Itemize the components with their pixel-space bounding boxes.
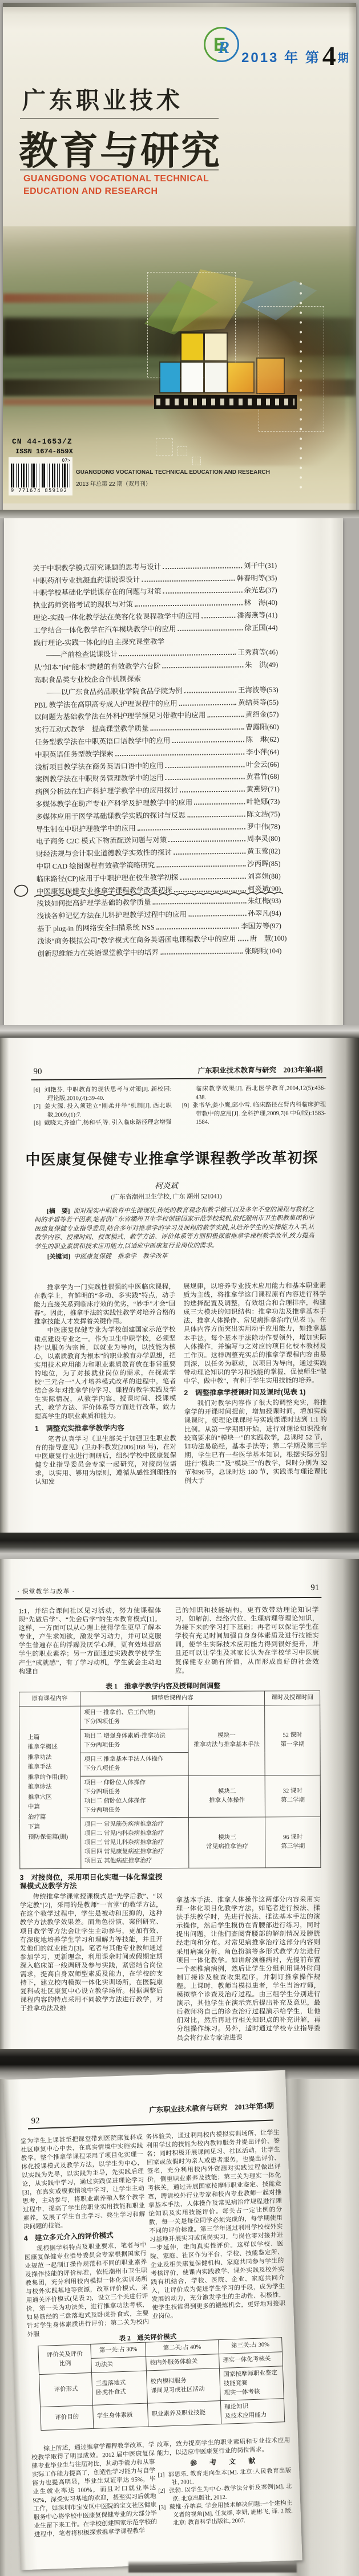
mark-shape bbox=[14, 884, 29, 897]
toc-entry-author-page: 王海波等(53) bbox=[238, 684, 279, 695]
project-cell: 项目一 推拿前、后工作(增) 下分四项任务 bbox=[80, 1705, 188, 1729]
body-column-right: 拿基本手法、推拿人体操作这两部分内容采用实理一体化项目化教学方法，如笔者进行按法… bbox=[176, 1896, 321, 2041]
barcode-bars bbox=[11, 464, 70, 487]
abstract-paragraph: [摘 要]面对现实中职教育中生源现状,传统的教育观念和教学模式以及多年不变的课程… bbox=[34, 1205, 314, 1251]
toc-dot-leader bbox=[138, 828, 245, 830]
artwork-square-white bbox=[181, 363, 203, 392]
book-edge-shadow bbox=[128, 2561, 297, 2573]
table-row: 上篇 推拿学概述 推拿功法 推拿手法 推拿的作用(删) 推拿诊法 推拿穴区 中篇… bbox=[19, 1705, 320, 1729]
journal-running-header: 广东职业技术教育与研究 2013年第4期 bbox=[198, 1064, 323, 1075]
reference-label: [1] bbox=[158, 2472, 164, 2479]
corner-label-cell: 评价关及评价 比例 bbox=[38, 2344, 92, 2374]
toc-entry: 创新思维能力在英语课堂教学中的培养张晓明(104) bbox=[37, 942, 281, 958]
toc-entry-title: 中职药剂专业抗凝血药课说课设计 bbox=[33, 574, 140, 585]
article-page-91: · 课堂教学与改革 · 91 1:1，并结合课间社区见习活动，努力使课程体现“先… bbox=[0, 1559, 359, 2049]
toc-dot-leader bbox=[151, 729, 244, 731]
body-paragraph: 综上所述，通过推拿学课程教学改革，学校教学取得了明显成效。2012 届中医康复保… bbox=[31, 2441, 158, 2539]
table2-wrapper: 评价关及评价 比例第一关:占 30%第二关:占 40%第三关:占 30%功法关校… bbox=[38, 2337, 285, 2431]
body-paragraph: 现根据学科特点及职业要求，笔者与中医康复保健专业指导委员会专家根据国家行业规范一… bbox=[24, 2241, 150, 2338]
toc-entry-title: 导生制在中职护理教学中的应用 bbox=[36, 822, 136, 834]
issue-number: 4 bbox=[322, 45, 336, 68]
toc-entry-title: 执业药师资格考试的现状与对策 bbox=[33, 599, 133, 610]
toc-dot-leader bbox=[166, 778, 245, 781]
reference-item: [8]戴晓天,齐德广,杨和平,等. 引入临床路径理念增强 bbox=[34, 1119, 172, 1128]
toc-entry-title: 中职英语任务型教学探索 bbox=[35, 748, 114, 759]
section-heading: 2 调整推拿学授课时间及课时(见表 1) bbox=[184, 1388, 326, 1397]
hand-circle-mark bbox=[13, 883, 30, 898]
toc-dot-leader bbox=[163, 592, 243, 594]
toc-entry-author-page: 刘干中(31) bbox=[244, 560, 277, 571]
issue-year-label: 2013 年 第 bbox=[241, 46, 321, 68]
toc-entry-author-page: 黄君竹(68) bbox=[246, 771, 280, 782]
body-paragraph: 己的知识和技能结构，更有效带动理论知识学习，如解剖、经络穴位、生理病理等理论知识… bbox=[175, 1606, 319, 1676]
toc-entry-author-page: 潘海燕等(41) bbox=[237, 610, 277, 620]
page-number: 92 bbox=[31, 2116, 40, 2127]
header-rule bbox=[31, 1077, 326, 1080]
body-column-left: 堂为学生上课甚至把课堂带到医院康复科或社区康复中心中去，在真实情境中实施实践教学… bbox=[21, 2134, 150, 2338]
toc-entry-author-page: 黄玉莺(82) bbox=[247, 846, 281, 856]
article-page-90: 90 广东职业技术教育与研究 2013年第4期 [6]刘艳芬. 中职教育的现状思… bbox=[0, 1038, 359, 1533]
header-rule bbox=[15, 1597, 321, 1599]
reference-item: [7]姜大源. 投入须建立“刚柔并举”机制[J]. 西北职教,2009,(1):… bbox=[34, 1102, 172, 1120]
toc-entry-author-page: 李国芳等(97) bbox=[241, 920, 281, 931]
toc-entry-author-page: 黄结英等(55) bbox=[238, 696, 279, 707]
toc-entry-author-page: 朱红梅(93) bbox=[248, 895, 281, 906]
article-author: 柯炎斌 bbox=[1, 1178, 332, 1192]
toc-entry-author-page: 叶会云(66) bbox=[246, 758, 280, 769]
toc-dot-leader bbox=[152, 903, 246, 905]
issue-unit-label: 期 bbox=[338, 50, 349, 68]
barcode-digits: 9 771674 859102 bbox=[11, 488, 70, 494]
journal-title-line2: 教育与研究 bbox=[19, 120, 221, 176]
artwork-square-cyan bbox=[160, 363, 180, 392]
cover-footer-cn: 2013 年总第 22 期（双月刊） bbox=[76, 479, 151, 487]
journal-subtitle-en-line2: EDUCATION AND RESEARCH bbox=[23, 186, 158, 197]
artwork-dashed-square bbox=[192, 457, 201, 465]
toc-entry-author-page: 徐正国(44) bbox=[244, 622, 278, 633]
toc-dot-leader bbox=[163, 567, 242, 569]
pass3-percent-cell: 第三关:占 30% bbox=[219, 2338, 283, 2354]
references-column-left: [6]刘艳芬. 中职教育的现状思考与对策[J]. 新校园:理论版,2010,(4… bbox=[34, 1086, 172, 1128]
body-column-left: 推拿学为一门实践性很强的中医临床课程，在教学上，有鲜明的“多动、多实践”特点，动… bbox=[34, 1283, 177, 1521]
toc-entry-author-page: 王秀莉等(46) bbox=[237, 647, 278, 657]
reference-label: [2] bbox=[158, 2488, 165, 2494]
toc-dot-leader bbox=[207, 716, 244, 718]
table-curriculum-adjustment: 原有课程内容调整后课程内容课时及授课时间上篇 推拿学概述 推拿功法 推拿手法 推… bbox=[19, 1691, 321, 1869]
module-time-cell: 52 课时 第一学期 bbox=[265, 1705, 320, 1775]
purpose-cell: 理论知识 及技术应用能力 bbox=[220, 2399, 284, 2424]
module-name-cell: 模块三 常见病推拿治疗 bbox=[189, 1817, 265, 1868]
page-gap bbox=[0, 1025, 359, 1039]
toc-entry-author-page: 张晓明(104) bbox=[245, 945, 282, 956]
toc-entry-author-page: 李小萍(64) bbox=[246, 746, 280, 757]
journal-running-header: 广东职业技术教育与研究 2013年第4期 bbox=[149, 2100, 274, 2115]
toc-dot-leader bbox=[160, 952, 243, 954]
journal-logo-icon: E R bbox=[197, 21, 246, 69]
table1-wrapper: 原有课程内容调整后课程内容课时及授课时间上篇 推拿学概述 推拿功法 推拿手法 推… bbox=[19, 1691, 321, 1869]
toc-dot-leader bbox=[184, 691, 236, 693]
artwork-square-white bbox=[205, 363, 227, 392]
barcode-addon: 07> bbox=[11, 458, 70, 463]
toc-dot-leader bbox=[163, 667, 243, 669]
row-label-cell: 评价目的 bbox=[41, 2405, 94, 2430]
toc-dot-leader bbox=[194, 803, 245, 805]
module-time-cell: 96 课时 第三学期 bbox=[265, 1817, 321, 1867]
table-row: 原有课程内容调整后课程内容课时及授课时间 bbox=[19, 1691, 320, 1706]
toc-dot-leader bbox=[142, 579, 235, 582]
reference-label: [3] bbox=[159, 2504, 166, 2510]
abstract-text: 面对现实中职教育中生源现状,传统的教育观念和教学模式以及多年不变的课程与教材之间… bbox=[34, 1206, 314, 1250]
artwork-filmstrip bbox=[154, 395, 297, 409]
toc-entry-title: 高职食品类专业校企合作机制探索 bbox=[34, 673, 141, 685]
page-number: 91 bbox=[310, 1583, 319, 1593]
toc-page: 关于中职教学模式研究课题的思考与设计刘干中(31)中职药剂专业抗凝血药课说课设计… bbox=[4, 518, 343, 1025]
journal-cover: E R 2013 年 第 4 期 广东职业技术 教育与研究 GUANGDONG … bbox=[3, 3, 356, 511]
page-gap bbox=[0, 1533, 359, 1559]
toc-entry-author-page: 朱 洪(49) bbox=[245, 659, 279, 670]
artwork-square-orange bbox=[228, 363, 253, 392]
toc-dot-leader bbox=[188, 915, 246, 917]
body-paragraph: 推拿学为一门实践性很强的中医临床课程，在教学上，有鲜明的“多动、多实践”特点，动… bbox=[34, 1283, 176, 1327]
artwork-square-pale bbox=[205, 334, 227, 360]
toc-entry-title: ——产前检查说课设计 bbox=[46, 649, 118, 660]
toc-dot-leader bbox=[135, 604, 243, 607]
project-cell: 项目二 增强身体素质-推拿功法 下分两项任务 bbox=[80, 1729, 189, 1753]
table-header-cell: 原有课程内容 bbox=[19, 1692, 80, 1706]
reference-item: [6]刘艳芬. 中职教育的现状思考与对策[J]. 新校园:理论版,2010,(4… bbox=[34, 1086, 172, 1103]
artwork-dashed-square bbox=[178, 446, 187, 456]
toc-entry-author-page: 沙丙晖(85) bbox=[247, 858, 281, 869]
body-paragraph: 堂为学生上课甚至把课堂带到医院康复科或社区康复中心中去，在真实情境中实施实践教学… bbox=[21, 2134, 146, 2232]
body-paragraph: 务体验关，通过利用校内模拟实训场所，让学生利用学过的技能为校内教师服务并提出评价… bbox=[146, 2128, 285, 2321]
filmstrip-holes bbox=[156, 399, 295, 405]
article-title: 中医康复保健专业推拿学课程教学改革初探 bbox=[12, 1146, 331, 1169]
pass1-percent-cell: 第一关:占 30% bbox=[91, 2342, 146, 2358]
pass1-name-cell: 功法关 bbox=[91, 2356, 147, 2372]
page-90-content: 90 广东职业技术教育与研究 2013年第4期 [6]刘艳芬. 中职教育的现状思… bbox=[0, 1038, 359, 1533]
toc-entry-author-page: 唐 慧(100) bbox=[250, 932, 287, 943]
artwork-square-amber bbox=[257, 359, 284, 393]
toc-dot-leader bbox=[156, 865, 245, 867]
row-label-cell: 评价形式 bbox=[39, 2372, 93, 2407]
artwork-dot-column bbox=[297, 279, 304, 491]
toc-entry-author-page: 陈文浩(75) bbox=[247, 808, 280, 819]
table-header-cell: 调整后课程内容 bbox=[80, 1691, 264, 1706]
artwork-square-yellow bbox=[181, 334, 203, 360]
page-91-content: · 课堂教学与改革 · 91 1:1，并结合课间社区见习活动，努力使课程体现“先… bbox=[0, 1559, 359, 2049]
reference-item: [9]张书华,姜小鹰,邱小雪. 临床路径在肾内科临床护理带教中的应用[J]. 全… bbox=[182, 1101, 326, 1127]
body-paragraph: 展规律，以培养专业技术应用能力和基本职业素质为主线，将推拿学这门课程原有内容进行… bbox=[183, 1282, 326, 1386]
artwork-dashed-square bbox=[156, 438, 173, 456]
toc-dot-leader bbox=[172, 741, 244, 743]
body-paragraph: 笔者认真学习《卫生部关于加强卫生职业教育的指导意见》(卫办科教发[2006]16… bbox=[35, 1435, 177, 1487]
module-time-cell: 32 课时 第二学期 bbox=[265, 1775, 320, 1817]
body-paragraph: 拿基本手法、推拿人体操作这两部分内容采用实理一体化项目化教学方法，如笔者进行按法… bbox=[176, 1896, 321, 2041]
toc-entry-author-page: 孙翠凡(94) bbox=[248, 908, 281, 919]
body-column-left: 1:1，并结合课间社区见习活动，努力使课程体现“先做后学”、“先会后学”的生本教… bbox=[18, 1607, 162, 1681]
table-pass-evaluation: 评价关及评价 比例第一关:占 30%第二关:占 40%第三关:占 30%功法关校… bbox=[38, 2337, 285, 2431]
toc-entry-author-page: 叶艳娜(73) bbox=[247, 796, 280, 807]
toc-entry-author-page: 陈 琳(62) bbox=[245, 734, 279, 745]
body-paragraph: 1:1，并结合课间社区见习活动，努力使课程体现“先做后学”、“先会后学”的生本教… bbox=[18, 1607, 162, 1676]
journal-logo-monogram: E R bbox=[205, 29, 237, 60]
issn-code: ISSN 1674-859X bbox=[15, 448, 73, 456]
section-running-label: · 课堂教学与改革 · bbox=[17, 1587, 75, 1596]
header-rule bbox=[28, 2120, 273, 2130]
project-cell: 项目一 常见筋伤疾病推拿治疗 项目二 常见内科杂病推拿治疗 项目三 常见儿科杂病… bbox=[80, 1817, 189, 1868]
toc-entry-author-page: 韩春明等(35) bbox=[236, 572, 277, 583]
article-page-92: 广东职业技术教育与研究 2013年第4期 92 堂为学生上课甚至把课堂带到医院康… bbox=[3, 2070, 302, 2570]
form-cell: 三盘落地式 卧虎扑食式 bbox=[92, 2371, 148, 2405]
toc-dot-leader bbox=[178, 629, 243, 631]
reference-label: [6] bbox=[34, 1087, 41, 1094]
reference-item: 临床教学效果[J]. 西北医学教育,2004,12(5):436-438. bbox=[182, 1084, 326, 1102]
cn-code: CN 44-1653/Z bbox=[12, 437, 72, 446]
references-title: 参 考 文 献 bbox=[157, 2456, 291, 2469]
closing-paragraph: 改革，致力提高学生的职业素质和专业技术应用能力，以适应中医康复行业的岗位需求。 bbox=[156, 2436, 291, 2458]
issue-line: 2013 年 第 4 期 bbox=[241, 45, 349, 68]
page-gap bbox=[0, 510, 359, 518]
original-content-cell: 上篇 推拿学概述 推拿功法 推拿手法 推拿的作用(删) 推拿诊法 推拿穴区 中篇… bbox=[19, 1706, 81, 1868]
journal-subtitle-en-line1: GUANGDONG VOCATIONAL TECHNICAL bbox=[23, 174, 209, 184]
toc-dot-leader bbox=[119, 654, 236, 656]
references-column-right: 临床教学效果[J]. 西北医学教育,2004,12(5):436-438.[9]… bbox=[182, 1084, 326, 1127]
module-name-cell: 模块一 推拿功法与推拿基本手法 bbox=[188, 1705, 265, 1776]
toc-entry-author-page: 曹露阳(60) bbox=[245, 721, 279, 732]
keywords-paragraph: [关键词]中医康复保健 推拿学 教学改革 bbox=[35, 1251, 314, 1262]
logo-letter-r: R bbox=[218, 39, 229, 56]
purpose-cell: 学生身体素质 bbox=[93, 2403, 148, 2428]
abstract-block: [摘 要]面对现实中职教育中生源现状,传统的教育观念和教学模式以及多年不变的课程… bbox=[34, 1205, 314, 1262]
reference-item: [3]戴维·乔纳森. 学会用技术解决问题:一个建构主义者的视角[M]. 任友群,… bbox=[159, 2500, 293, 2529]
toc-dot-leader bbox=[180, 877, 245, 879]
toc-dot-leader bbox=[201, 617, 236, 619]
body-column-left: 3 对接岗位，采用项目化实理一体化课堂授课模式及教学方法传统推拿学课堂授课模式是… bbox=[19, 1870, 163, 2042]
section-heading: 1 调整充实推拿学教学内容 bbox=[35, 1424, 176, 1433]
toc-entry-title: 创新思维能力在英语课堂教学中的培养 bbox=[37, 946, 159, 958]
pass3-name-cell: 理实一体化考核关 bbox=[219, 2352, 283, 2368]
article-affiliation: (广东省潮州卫生学校, 广东 潮州 521041) bbox=[1, 1191, 332, 1202]
page-number: 90 bbox=[33, 1067, 42, 1077]
toc-entry-author-page: 余光忠(37) bbox=[244, 584, 277, 595]
keywords-text: 中医康复保健 推拿学 教学改革 bbox=[74, 1253, 168, 1260]
scanned-journal-screenshot: E R 2013 年 第 4 期 广东职业技术 教育与研究 GUANGDONG … bbox=[0, 0, 359, 2576]
body-paragraph: 我们对教学内容作了很大的调整充实，将推拿学的开课时间提前，增加授课时间，增加实践… bbox=[184, 1399, 327, 1486]
cover-footer-en: GUANGDONG VOCATIONAL TECHNICAL EDUCATION… bbox=[76, 469, 270, 476]
reference-label: [8] bbox=[34, 1120, 41, 1127]
form-cell: 国家按摩师职业鉴定 技能竞赛 理实一体考核 bbox=[219, 2366, 284, 2401]
body-paragraph: 传统推拿学课堂授课模式是“先学后教”、“以学定教”[2]，采用的是教师“一言堂”… bbox=[20, 1892, 163, 2013]
toc-dot-leader bbox=[174, 853, 245, 855]
title-rule-bottom bbox=[20, 169, 219, 170]
table1-caption: 表 1 推拿学教学内容及授课时间调整 bbox=[1, 1680, 325, 1691]
reference-label: [9] bbox=[182, 1103, 189, 1109]
toc-dot-leader bbox=[156, 928, 239, 930]
project-cell: 项目一 仰卧位人体操作 下分四项任务 项目二 俯卧位人体操作 下分两项任务 bbox=[80, 1775, 189, 1818]
form-cell: 校内模拟服务 课间见习或社区活动 bbox=[146, 2368, 220, 2403]
references-list: [1]郭思乐. 教育走向生本[M]. 北京:人民教育出版社, 2001.[2]张… bbox=[158, 2467, 293, 2529]
project-cell: 项目三 推拿基本手法人体操作 下分八项任务 bbox=[80, 1752, 189, 1776]
toc-dot-leader bbox=[238, 940, 248, 941]
title-rule-top bbox=[20, 118, 219, 119]
module-name-cell: 模块二 推拿人体操作 bbox=[189, 1775, 265, 1818]
keywords-label: [关键词] bbox=[47, 1253, 70, 1260]
section-heading: 3 对接岗位，采用项目化实理一体化课堂授课模式及教学方法 bbox=[19, 1873, 162, 1891]
body-paragraph: 中医康复保健专业为学校创建国家示范学校重点建设专业之一。作为卫生中职学校，必须坚… bbox=[34, 1326, 176, 1422]
toc-dot-leader bbox=[179, 704, 237, 705]
toc-entry-author-page: 罗中伟(78) bbox=[247, 820, 280, 831]
body-column-right: 己的知识和技能结构，更有效带动理论知识学习，如解剖、经络穴位、生理病理等理论知识… bbox=[175, 1606, 319, 1681]
toc-dot-leader bbox=[115, 753, 244, 756]
toc-dot-leader bbox=[187, 815, 245, 817]
toc-entry-author-page: 黄燕婷(71) bbox=[246, 783, 280, 794]
closing-column-right: 改革，致力提高学生的职业素质和专业技术应用能力，以适应中医康复行业的岗位需求。参… bbox=[156, 2436, 293, 2544]
toc-entry-author-page: 刘喜娟(88) bbox=[247, 870, 281, 881]
toc-list: 关于中职教学模式研究课题的思考与设计刘干中(31)中职药剂专业抗凝血药课说课设计… bbox=[33, 558, 281, 958]
toc-entry-author-page: 林 海(40) bbox=[244, 597, 277, 608]
closing-column-left: 综上所述，通过推拿学课程教学改革，学校教学取得了明显成效。2012 届中医康复保… bbox=[31, 2441, 158, 2547]
toc-entry-author-page: 黄绍金(57) bbox=[245, 709, 279, 720]
toc-entry-author-page: 周李灵(80) bbox=[247, 833, 281, 844]
purpose-cell: 职业素养及职业技能 bbox=[147, 2401, 221, 2427]
toc-dot-leader bbox=[165, 766, 244, 768]
body-column-right: 务体验关，通过利用校内模拟实训场所，让学生利用学过的技能为校内教师服务并提出评价… bbox=[146, 2128, 286, 2334]
journal-title-line1: 广东职业技术 bbox=[22, 82, 183, 115]
abstract-label: [摘 要] bbox=[47, 1208, 70, 1214]
artwork-color-squares bbox=[160, 334, 295, 396]
reference-label: [7] bbox=[34, 1104, 41, 1110]
body-column-right: 展规律，以培养专业技术应用能力和基本职业素质为主线，将推拿学这门课程原有内容进行… bbox=[183, 1282, 328, 1520]
toc-dot-leader bbox=[168, 840, 245, 843]
barcode: 07> 9 771674 859102 bbox=[9, 457, 72, 495]
toc-dot-leader bbox=[180, 791, 245, 793]
table-header-cell: 课时及授课时间 bbox=[265, 1691, 320, 1705]
